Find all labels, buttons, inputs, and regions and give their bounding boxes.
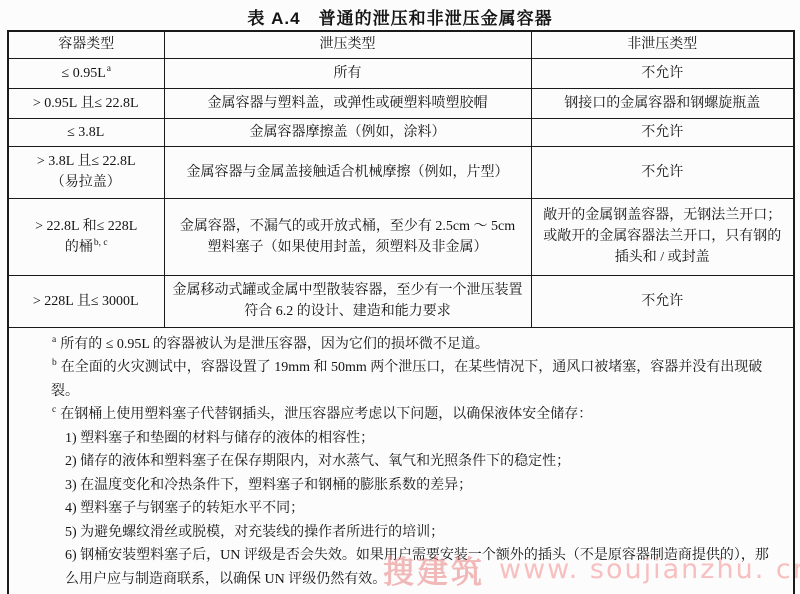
cell-text: > 228L 且≤ 3000L [33,294,139,309]
footnote-c-item-1: 1) 塑料塞子和垫圈的材料与储存的液体的相容性； [21,427,781,451]
footnote-ref: a [106,64,111,74]
cell-container-type: ≤ 0.95La [8,58,164,88]
footnote-marker: c [51,405,60,415]
footnote-ref [139,94,140,104]
cell-relief-type: 金属容器与金属盖接触适合机械摩擦（例如，片型） [164,146,531,198]
footnote-ref: b, c [93,238,108,248]
cell-container-type: > 0.95L 且≤ 22.8L [8,88,164,118]
footnote-ref [121,173,122,183]
footnote-b: b在全面的火灾测试中，容器设置了 19mm 和 50mm 两个泄压口，在某些情况… [21,356,781,403]
footnotes-cell: a所有的 ≤ 0.95L 的容器被认为是泄压容器，因为它们的损坏微不足道。 b在… [8,327,794,594]
footnote-text: 所有的 ≤ 0.95L 的容器被认为是泄压容器，因为它们的损坏微不足道。 [60,337,489,352]
footnote-a: a所有的 ≤ 0.95L 的容器被认为是泄压容器，因为它们的损坏微不足道。 [21,333,781,357]
cell-non-relief-type: 敞开的金属钢盖容器，无钢法兰开口；或敞开的金属容器法兰开口，只有钢的插头和 / … [531,198,794,275]
column-header-non-relief-type: 非泄压类型 [531,31,794,58]
cell-text: ≤ 0.95L [62,66,106,81]
cell-non-relief-type: 不允许 [531,58,794,88]
table-row: > 228L 且≤ 3000L 金属移动式罐或金属中型散装容器，至少有一个泄压装… [8,275,794,327]
footnote-ref [104,123,105,133]
cell-container-type: ≤ 3.8L [8,118,164,146]
cell-container-type: > 3.8L 且≤ 22.8L （易拉盖） [8,146,164,198]
cell-non-relief-type: 钢接口的金属容器和钢螺旋瓶盖 [531,88,794,118]
pressure-relief-container-table: 容器类型 泄压类型 非泄压类型 ≤ 0.95La 所有 不允许 > 0.95L … [7,30,795,594]
footnote-c-item-4: 4) 塑料塞子与钢塞子的转矩水平不同； [21,497,781,521]
footnote-c-item-3: 3) 在温度变化和冷热条件下，塑料塞子和钢桶的膨胀系数的差异； [21,474,781,498]
cell-relief-type: 金属容器，不漏气的或开放式桶，至少有 2.5cm ～ 5cm 塑料塞子（如果使用… [164,198,531,275]
footnote-text: 在钢桶上使用塑料塞子代替钢插头，泄压容器应考虑以下问题，以确保液体安全储存： [60,407,592,422]
footnote-marker: b [51,358,61,368]
table-row: ≤ 0.95La 所有 不允许 [8,58,794,88]
column-header-relief-type: 泄压类型 [164,31,531,58]
table-title: 表 A.4 普通的泄压和非泄压金属容器 [0,4,800,29]
cell-non-relief-type: 不允许 [531,118,794,146]
cell-relief-type: 金属移动式罐或金属中型散装容器，至少有一个泄压装置符合 6.2 的设计、建造和能… [164,275,531,327]
footnote-text: 在全面的火灾测试中，容器设置了 19mm 和 50mm 两个泄压口，在某些情况下… [51,360,762,399]
cell-non-relief-type: 不允许 [531,275,794,327]
cell-non-relief-type: 不允许 [531,146,794,198]
cell-text: > 0.95L 且≤ 22.8L [33,96,139,111]
table-row: > 22.8L 和≤ 228L 的桶b, c 金属容器，不漏气的或开放式桶，至少… [8,198,794,275]
cell-relief-type: 金属容器与塑料盖，或弹性或硬塑料喷塑胶帽 [164,88,531,118]
table-row: ≤ 3.8L 金属容器摩擦盖（例如，涂料） 不允许 [8,118,794,146]
table-row: > 0.95L 且≤ 22.8L 金属容器与塑料盖，或弹性或硬塑料喷塑胶帽 钢接… [8,88,794,118]
footnote-c: c在钢桶上使用塑料塞子代替钢插头，泄压容器应考虑以下问题，以确保液体安全储存： [21,403,781,427]
cell-text: > 3.8L 且≤ 22.8L （易拉盖） [37,154,136,190]
footnote-ref [139,292,140,302]
footnote-c-item-2: 2) 储存的液体和塑料塞子在保存期限内，对水蒸气、氧气和光照条件下的稳定性； [21,450,781,474]
cell-text: ≤ 3.8L [67,125,104,140]
cell-container-type: > 228L 且≤ 3000L [8,275,164,327]
footnote-c-item-6: 6) 钢桶安装塑料塞子后，UN 评级是否会失效。如果用户需要安装一个额外的插头（… [21,544,781,591]
footnote-marker: a [51,335,60,345]
cell-relief-type: 金属容器摩擦盖（例如，涂料） [164,118,531,146]
cell-relief-type: 所有 [164,58,531,88]
header-row: 容器类型 泄压类型 非泄压类型 [8,31,794,58]
table-row: > 3.8L 且≤ 22.8L （易拉盖） 金属容器与金属盖接触适合机械摩擦（例… [8,146,794,198]
document-page: 表 A.4 普通的泄压和非泄压金属容器 容器类型 泄压类型 非泄压类型 ≤ 0.… [0,0,800,594]
column-header-container-type: 容器类型 [8,31,164,58]
footnotes-row: a所有的 ≤ 0.95L 的容器被认为是泄压容器，因为它们的损坏微不足道。 b在… [8,327,794,594]
cell-text: > 22.8L 和≤ 228L 的桶 [35,219,137,255]
footnote-c-item-5: 5) 为避免螺纹滑丝或脱模，对充装线的操作者所进行的培训； [21,521,781,545]
cell-container-type: > 22.8L 和≤ 228L 的桶b, c [8,198,164,275]
